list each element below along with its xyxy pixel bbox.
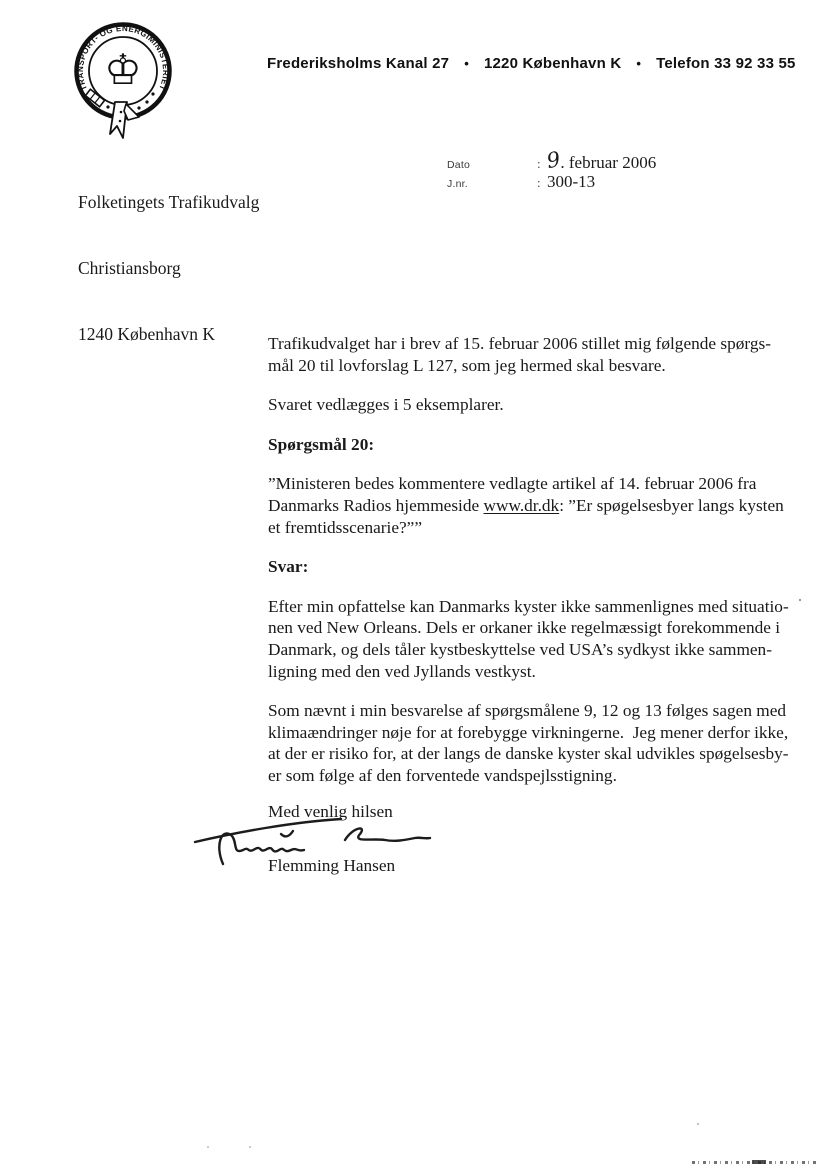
letterhead-street: Frederiksholms Kanal 27 bbox=[267, 55, 449, 72]
body-line: Som nævnt i min besvarelse af spørgsmåle… bbox=[268, 700, 813, 722]
journal-label: J.nr. bbox=[447, 178, 537, 190]
body-line: mål 20 til lovforslag L 127, som jeg her… bbox=[268, 355, 813, 377]
question-heading: Spørgsmål 20: bbox=[268, 434, 813, 456]
body-line: er som følge af den forventede vandspejl… bbox=[268, 765, 813, 787]
bullet-separator-icon: • bbox=[449, 56, 484, 71]
paragraph-answer-2: Som nævnt i min besvarelse af spørgsmåle… bbox=[268, 700, 813, 786]
scan-noise-blob bbox=[752, 1160, 766, 1164]
date-rest: . februar 2006 bbox=[560, 153, 656, 172]
date-row: Dato : 9. februar 2006 bbox=[447, 149, 656, 172]
paragraph-answer-1: Efter min opfattelse kan Danmarks kyster… bbox=[268, 596, 813, 682]
ministry-seal-icon: TRANSPORT- OG ENERGIMINISTERIET ♔ bbox=[58, 14, 188, 146]
paragraph-question-quote: ”Ministeren bedes kommentere vedlagte ar… bbox=[268, 473, 813, 538]
signer-name: Flemming Hansen bbox=[268, 856, 395, 876]
scan-noise bbox=[697, 1123, 699, 1125]
paragraph-intro: Trafikudvalget har i brev af 15. februar… bbox=[268, 333, 813, 376]
letterhead-contact-line: Frederiksholms Kanal 27 • 1220 København… bbox=[267, 55, 797, 72]
body-line: ”Ministeren bedes kommentere vedlagte ar… bbox=[268, 473, 813, 495]
scanned-letter-page: TRANSPORT- OG ENERGIMINISTERIET ♔ Freder… bbox=[0, 0, 832, 1169]
letterhead-city: 1220 København K bbox=[484, 55, 621, 72]
scan-noise bbox=[207, 1146, 209, 1148]
date-label: Dato bbox=[447, 159, 537, 171]
body-line: at der er risiko for, at der langs de da… bbox=[268, 743, 813, 765]
body-line: Svaret vedlægges i 5 eksemplarer. bbox=[268, 394, 813, 416]
seal-crown-icon: ♔ bbox=[104, 45, 142, 94]
journal-row: J.nr. : 300-13 bbox=[447, 172, 656, 195]
letter-body: Trafikudvalget har i brev af 15. februar… bbox=[268, 333, 813, 805]
meta-block: Dato : 9. februar 2006 J.nr. : 300-13 bbox=[447, 149, 656, 195]
recipient-line: Folketingets Trafikudvalg bbox=[78, 191, 259, 213]
journal-value: 300-13 bbox=[547, 172, 595, 192]
body-line: et fremtidsscenarie?”” bbox=[268, 517, 813, 539]
scan-noise bbox=[799, 599, 801, 601]
body-line: Efter min opfattelse kan Danmarks kyster… bbox=[268, 596, 813, 618]
letterhead-phone: Telefon 33 92 33 55 bbox=[656, 55, 795, 72]
body-line: nen ved New Orleans. Dels er orkaner ikk… bbox=[268, 617, 813, 639]
body-line: Danmarks Radios hjemmeside www.dr.dk: ”E… bbox=[268, 495, 813, 517]
body-line: klimaændringer nøje for at forebygge vir… bbox=[268, 722, 813, 744]
recipient-address: Folketingets Trafikudvalg Christiansborg… bbox=[78, 147, 259, 389]
answer-heading: Svar: bbox=[268, 556, 813, 578]
date-value: 9. februar 2006 bbox=[547, 149, 656, 173]
body-line: Trafikudvalget har i brev af 15. februar… bbox=[268, 333, 813, 355]
body-line-suffix: : ”Er spøgelsesbyer langs kysten bbox=[559, 496, 784, 515]
body-line-prefix: Danmarks Radios hjemmeside bbox=[268, 496, 484, 515]
scan-noise bbox=[249, 1146, 251, 1148]
recipient-line: 1240 København K bbox=[78, 323, 259, 345]
body-line: Danmark, og dels tåler kystbeskyttelse v… bbox=[268, 639, 813, 661]
bullet-separator-icon: • bbox=[621, 56, 656, 71]
dr-dk-link: www.dr.dk bbox=[484, 496, 560, 515]
handwritten-day: 9 bbox=[545, 147, 562, 173]
journal-separator: : bbox=[537, 175, 547, 191]
paragraph-enclosure: Svaret vedlægges i 5 eksemplarer. bbox=[268, 394, 813, 416]
recipient-line: Christiansborg bbox=[78, 257, 259, 279]
body-line: ligning med den ved Jyllands vestkyst. bbox=[268, 661, 813, 683]
